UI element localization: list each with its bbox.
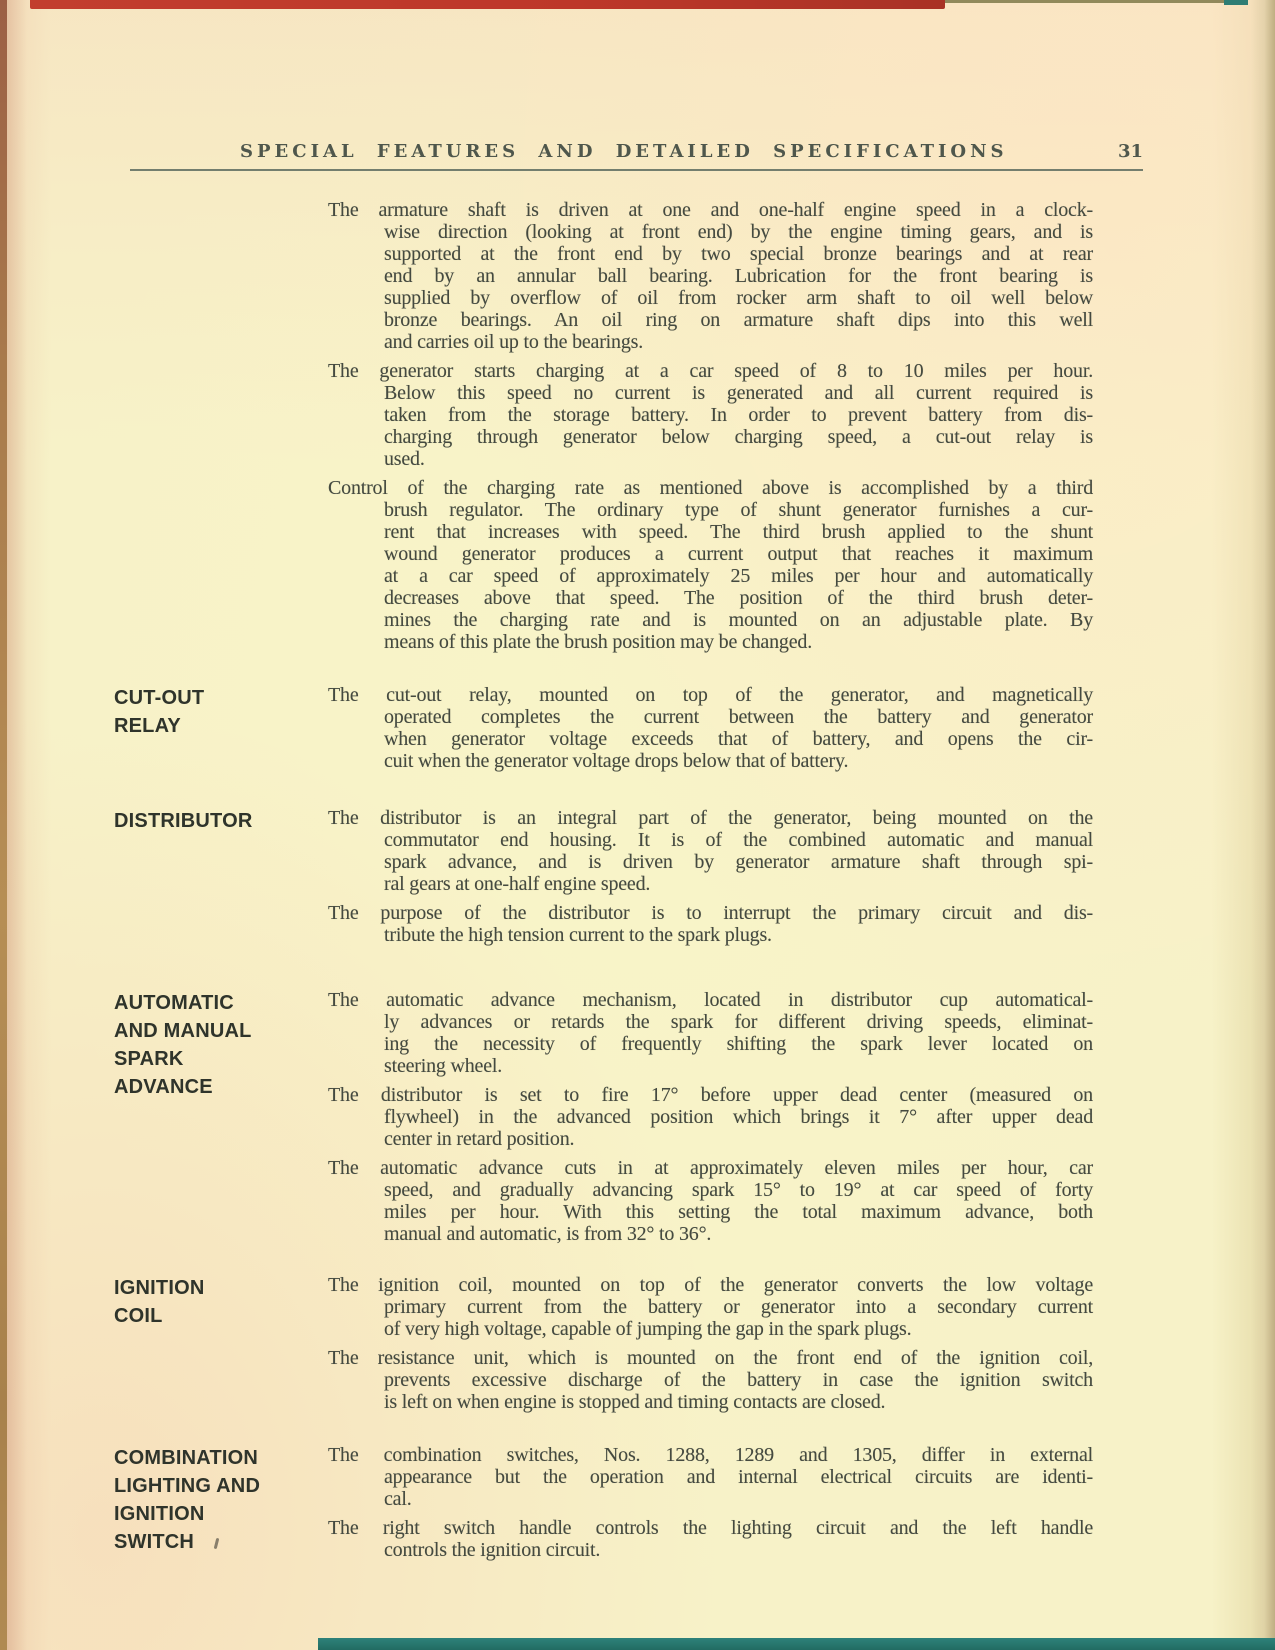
section-cutout-relay: CUT-OUTRELAYThe cut-out relay, mounted o… [114, 684, 1093, 779]
text-line: controls the ignition circuit. [384, 1539, 1093, 1561]
text-line: spark advance, and is driven by generato… [384, 851, 1093, 873]
text-line: The automatic advance mechanism, located… [328, 989, 1093, 1011]
text-line: wise direction (looking at front end) by… [384, 221, 1093, 243]
text-line: supported at the front end by two specia… [384, 243, 1093, 265]
text-line: supplied by overflow of oil from rocker … [384, 287, 1093, 309]
section-heading-distributor: DISTRIBUTOR [114, 807, 328, 953]
text-line: The ignition coil, mounted on top of the… [328, 1274, 1093, 1296]
section-intro: The armature shaft is driven at one and … [114, 199, 1093, 660]
scan-left-edge [0, 0, 7, 1650]
section-combination-switch: COMBINATIONLIGHTING ANDIGNITIONSWITCHThe… [114, 1444, 1093, 1568]
paragraph: The generator starts charging at a car s… [328, 360, 1093, 470]
text-line: manual and automatic, is from 32° to 36°… [384, 1223, 1093, 1245]
section-heading-cutout-relay: CUT-OUTRELAY [114, 684, 328, 779]
section-distributor: DISTRIBUTORThe distributor is an integra… [114, 807, 1093, 953]
text-line: tribute the high tension current to the … [384, 924, 1093, 946]
text-line: The purpose of the distributor is to int… [328, 902, 1093, 924]
text-line: used. [384, 448, 1093, 470]
text-line: taken from the storage battery. In order… [384, 404, 1093, 426]
heading-line: AND MANUAL [114, 1017, 328, 1045]
text-line: operated completes the current between t… [384, 706, 1093, 728]
scan-top-red-bar [30, 0, 945, 9]
paragraph: The automatic advance mechanism, located… [328, 989, 1093, 1077]
text-line: is left on when engine is stopped and ti… [384, 1391, 1093, 1413]
text-line: of very high voltage, capable of jumping… [384, 1318, 1093, 1340]
section-body-distributor: The distributor is an integral part of t… [328, 807, 1093, 953]
text-line: wound generator produces a current outpu… [384, 543, 1093, 565]
paragraph: The right switch handle controls the lig… [328, 1517, 1093, 1561]
section-heading-spark-advance: AUTOMATICAND MANUALSPARKADVANCE [114, 989, 328, 1252]
text-line: The right switch handle controls the lig… [328, 1517, 1093, 1539]
heading-line: DISTRIBUTOR [114, 807, 328, 835]
section-body-cutout-relay: The cut-out relay, mounted on top of the… [328, 684, 1093, 779]
text-line: miles per hour. With this setting the to… [384, 1201, 1093, 1223]
running-head-title: SPECIAL FEATURES AND DETAILED SPECIFICAT… [240, 141, 1008, 162]
text-line: center in retard position. [384, 1128, 1093, 1150]
text-line: at a car speed of approximately 25 miles… [384, 565, 1093, 587]
heading-line: SPARK [114, 1045, 328, 1073]
section-heading-ignition-coil: IGNITIONCOIL [114, 1274, 328, 1420]
section-ignition-coil: IGNITIONCOILThe ignition coil, mounted o… [114, 1274, 1093, 1420]
text-line: ing the necessity of frequently shifting… [384, 1033, 1093, 1055]
paragraph: The automatic advance cuts in at approxi… [328, 1157, 1093, 1245]
content-sections: The armature shaft is driven at one and … [114, 199, 1093, 1568]
scanned-manual-page: SPECIAL FEATURES AND DETAILED SPECIFICAT… [0, 0, 1275, 1650]
text-line: The automatic advance cuts in at approxi… [328, 1157, 1093, 1179]
scan-left-edge-shadow [7, 0, 27, 1650]
text-line: The cut-out relay, mounted on top of the… [328, 684, 1093, 706]
text-line: The resistance unit, which is mounted on… [328, 1347, 1093, 1369]
text-line: decreases above that speed. The position… [384, 587, 1093, 609]
paragraph: The distributor is set to fire 17° befor… [328, 1084, 1093, 1150]
text-line: end by an annular ball bearing. Lubricat… [384, 265, 1093, 287]
text-line: brush regulator. The ordinary type of sh… [384, 499, 1093, 521]
text-line: when generator voltage exceeds that of b… [384, 728, 1093, 750]
page-number: 31 [1118, 141, 1143, 162]
section-body-combination-switch: The combination switches, Nos. 1288, 128… [328, 1444, 1093, 1568]
scan-right-edge [1251, 0, 1275, 1650]
text-line: The armature shaft is driven at one and … [328, 199, 1093, 221]
text-line: flywheel) in the advanced position which… [384, 1106, 1093, 1128]
text-line: and carries oil up to the bearings. [384, 331, 1093, 353]
paragraph: The armature shaft is driven at one and … [328, 199, 1093, 353]
text-line: prevents excessive discharge of the batt… [384, 1369, 1093, 1391]
text-line: Below this speed no current is generated… [384, 382, 1093, 404]
text-line: steering wheel. [384, 1055, 1093, 1077]
text-line: mines the charging rate and is mounted o… [384, 609, 1093, 631]
heading-line: IGNITION [114, 1274, 328, 1302]
text-line: ly advances or retards the spark for dif… [384, 1011, 1093, 1033]
section-body-ignition-coil: The ignition coil, mounted on top of the… [328, 1274, 1093, 1420]
text-line: means of this plate the brush position m… [384, 631, 1093, 653]
text-line: charging through generator below chargin… [384, 426, 1093, 448]
text-line: cuit when the generator voltage drops be… [384, 750, 1093, 772]
section-spark-advance: AUTOMATICAND MANUALSPARKADVANCEThe autom… [114, 989, 1093, 1252]
text-line: commutator end housing. It is of the com… [384, 829, 1093, 851]
text-line: rent that increases with speed. The thir… [384, 521, 1093, 543]
scan-top-teal-mark [1224, 0, 1248, 5]
heading-line: IGNITION [114, 1500, 328, 1528]
heading-line: AUTOMATIC [114, 989, 328, 1017]
heading-line: COIL [114, 1302, 328, 1330]
text-line: The distributor is an integral part of t… [328, 807, 1093, 829]
paragraph: The ignition coil, mounted on top of the… [328, 1274, 1093, 1340]
section-heading-intro [114, 199, 328, 660]
heading-line: LIGHTING AND [114, 1472, 328, 1500]
text-line: primary current from the battery or gene… [384, 1296, 1093, 1318]
text-line: cal. [384, 1488, 1093, 1510]
text-line: speed, and gradually advancing spark 15°… [384, 1179, 1093, 1201]
paragraph: The combination switches, Nos. 1288, 128… [328, 1444, 1093, 1510]
text-line: bronze bearings. An oil ring on armature… [384, 309, 1093, 331]
section-body-spark-advance: The automatic advance mechanism, located… [328, 989, 1093, 1252]
paragraph: Control of the charging rate as mentione… [328, 477, 1093, 653]
section-heading-combination-switch: COMBINATIONLIGHTING ANDIGNITIONSWITCH [114, 1444, 328, 1568]
heading-line: ADVANCE [114, 1073, 328, 1101]
section-body-intro: The armature shaft is driven at one and … [328, 199, 1093, 660]
text-line: The generator starts charging at a car s… [328, 360, 1093, 382]
text-line: appearance but the operation and interna… [384, 1466, 1093, 1488]
text-line: Control of the charging rate as mentione… [328, 477, 1093, 499]
header-rule [130, 169, 1143, 171]
paragraph: The resistance unit, which is mounted on… [328, 1347, 1093, 1413]
heading-line: COMBINATION [114, 1444, 328, 1472]
scan-bottom-teal-bar [318, 1638, 1275, 1650]
heading-line: SWITCH [114, 1528, 328, 1556]
paragraph: The purpose of the distributor is to int… [328, 902, 1093, 946]
heading-line: CUT-OUT [114, 684, 328, 712]
paragraph: The cut-out relay, mounted on top of the… [328, 684, 1093, 772]
text-line: The distributor is set to fire 17° befor… [328, 1084, 1093, 1106]
paragraph: The distributor is an integral part of t… [328, 807, 1093, 895]
text-line: The combination switches, Nos. 1288, 128… [328, 1444, 1093, 1466]
text-line: ral gears at one-half engine speed. [384, 873, 1093, 895]
heading-line: RELAY [114, 712, 328, 740]
